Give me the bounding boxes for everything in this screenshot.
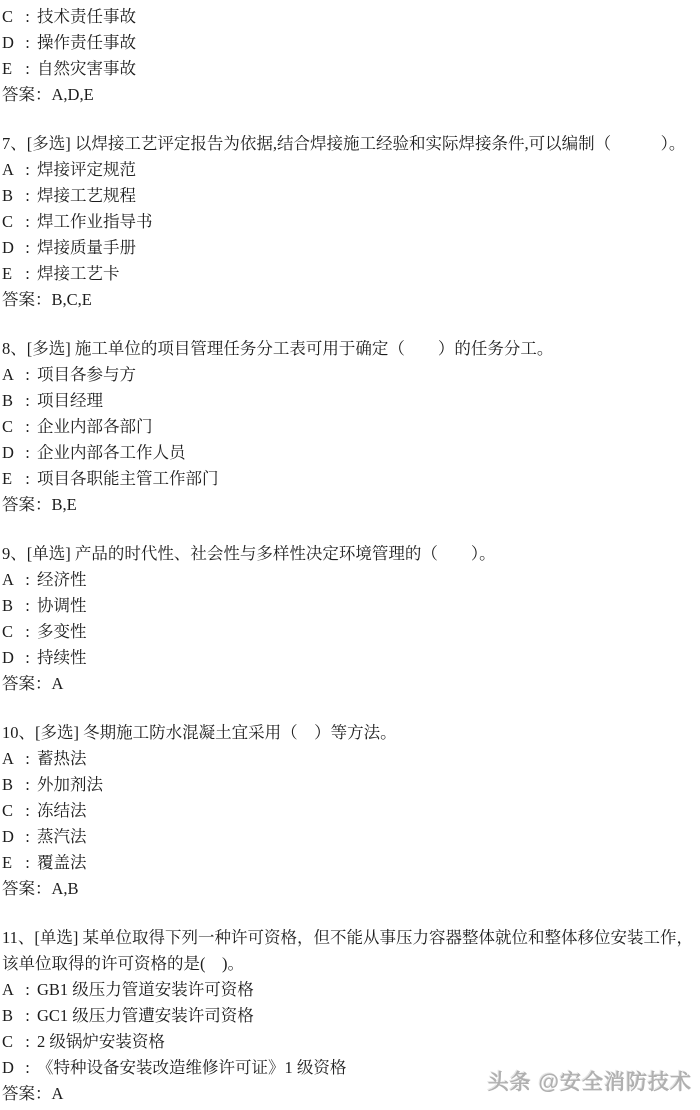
- question-10: 10、[多选] 冬期施工防水混凝土宜采用（ ）等方法。 A:蓄热法 B:外加剂法…: [2, 720, 698, 902]
- question-header: 10、[多选] 冬期施工防水混凝土宜采用（ ）等方法。: [2, 720, 698, 746]
- option-line: A:经济性: [2, 567, 698, 593]
- option-letter: C: [2, 209, 18, 235]
- option-text: 焊接评定规范: [37, 157, 698, 183]
- option-separator: :: [18, 414, 37, 440]
- answer-line: 答案：A,D,E: [2, 82, 698, 108]
- option-separator: :: [18, 593, 37, 619]
- option-letter: D: [2, 645, 18, 671]
- answer-line: 答案：B,E: [2, 492, 698, 518]
- option-separator: :: [18, 157, 37, 183]
- option-letter: C: [2, 798, 18, 824]
- question-header: 7、[多选] 以焊接工艺评定报告为依据,结合焊接施工经验和实际焊接条件,可以编制…: [2, 131, 698, 157]
- option-letter: A: [2, 977, 18, 1003]
- question-6-tail: C:技术责任事故 D:操作责任事故 E:自然灾害事故 答案：A,D,E: [2, 4, 698, 108]
- option-text: 蒸汽法: [37, 824, 698, 850]
- option-line: E:焊接工艺卡: [2, 261, 698, 287]
- option-letter: A: [2, 746, 18, 772]
- option-letter: A: [2, 567, 18, 593]
- watermark-toutiao: 头条 @安全消防技术: [488, 1066, 692, 1096]
- option-line: A:蓄热法: [2, 746, 698, 772]
- option-letter: B: [2, 183, 18, 209]
- option-letter: C: [2, 1029, 18, 1055]
- option-separator: :: [18, 1055, 37, 1081]
- option-separator: :: [18, 798, 37, 824]
- option-line: C:冻结法: [2, 798, 698, 824]
- option-separator: :: [18, 619, 37, 645]
- option-separator: :: [18, 645, 37, 671]
- answer-line: 答案：A,B: [2, 876, 698, 902]
- option-line: A:GB1 级压力管道安装许可资格: [2, 977, 698, 1003]
- option-letter: B: [2, 772, 18, 798]
- option-text: 企业内部各部门: [37, 414, 698, 440]
- option-text: GB1 级压力管道安装许可资格: [37, 977, 698, 1003]
- option-separator: :: [18, 746, 37, 772]
- option-letter: C: [2, 414, 18, 440]
- option-line: D:操作责任事故: [2, 30, 698, 56]
- option-text: 经济性: [37, 567, 698, 593]
- option-separator: :: [18, 4, 37, 30]
- option-separator: :: [18, 388, 37, 414]
- option-line: C:焊工作业指导书: [2, 209, 698, 235]
- option-line: E:自然灾害事故: [2, 56, 698, 82]
- option-line: C:企业内部各部门: [2, 414, 698, 440]
- option-line: D:持续性: [2, 645, 698, 671]
- option-letter: E: [2, 261, 18, 287]
- question-7: 7、[多选] 以焊接工艺评定报告为依据,结合焊接施工经验和实际焊接条件,可以编制…: [2, 131, 698, 313]
- option-separator: :: [18, 183, 37, 209]
- option-text: 企业内部各工作人员: [37, 440, 698, 466]
- option-line: C:多变性: [2, 619, 698, 645]
- option-line: C:技术责任事故: [2, 4, 698, 30]
- option-text: 蓄热法: [37, 746, 698, 772]
- option-line: D:焊接质量手册: [2, 235, 698, 261]
- option-text: 焊工作业指导书: [37, 209, 698, 235]
- option-separator: :: [18, 56, 37, 82]
- option-separator: :: [18, 440, 37, 466]
- option-letter: A: [2, 157, 18, 183]
- option-letter: D: [2, 440, 18, 466]
- option-line: B:外加剂法: [2, 772, 698, 798]
- option-text: 覆盖法: [37, 850, 698, 876]
- option-letter: D: [2, 30, 18, 56]
- option-line: D:企业内部各工作人员: [2, 440, 698, 466]
- option-line: A:焊接评定规范: [2, 157, 698, 183]
- option-separator: :: [18, 567, 37, 593]
- option-text: 2 级锅炉安装资格: [37, 1029, 698, 1055]
- option-text: 焊接质量手册: [37, 235, 698, 261]
- option-text: 多变性: [37, 619, 698, 645]
- option-text: 项目经理: [37, 388, 698, 414]
- option-separator: :: [18, 235, 37, 261]
- option-letter: B: [2, 1003, 18, 1029]
- option-text: 项目各职能主管工作部门: [37, 466, 698, 492]
- option-letter: A: [2, 362, 18, 388]
- option-text: 项目各参与方: [37, 362, 698, 388]
- option-text: 持续性: [37, 645, 698, 671]
- option-line: A:项目各参与方: [2, 362, 698, 388]
- option-letter: D: [2, 824, 18, 850]
- exam-document: C:技术责任事故 D:操作责任事故 E:自然灾害事故 答案：A,D,E 7、[多…: [0, 0, 700, 1107]
- option-separator: :: [18, 850, 37, 876]
- option-text: 焊接工艺卡: [37, 261, 698, 287]
- option-letter: E: [2, 56, 18, 82]
- option-text: 技术责任事故: [37, 4, 698, 30]
- option-text: 外加剂法: [37, 772, 698, 798]
- option-separator: :: [18, 1029, 37, 1055]
- option-separator: :: [18, 209, 37, 235]
- question-header: 8、[多选] 施工单位的项目管理任务分工表可用于确定（ ）的任务分工。: [2, 336, 698, 362]
- option-letter: D: [2, 1055, 18, 1081]
- option-separator: :: [18, 1003, 37, 1029]
- option-letter: C: [2, 619, 18, 645]
- option-line: B:协调性: [2, 593, 698, 619]
- option-separator: :: [18, 466, 37, 492]
- option-letter: B: [2, 593, 18, 619]
- question-header: 11、[单选] 某单位取得下列一种许可资格，但不能从事压力容器整体就位和整体移位…: [2, 925, 698, 977]
- option-line: E:覆盖法: [2, 850, 698, 876]
- option-text: 操作责任事故: [37, 30, 698, 56]
- option-text: 自然灾害事故: [37, 56, 698, 82]
- option-line: D:蒸汽法: [2, 824, 698, 850]
- question-9: 9、[单选] 产品的时代性、社会性与多样性决定环境管理的（ ）。 A:经济性 B…: [2, 541, 698, 697]
- option-text: 冻结法: [37, 798, 698, 824]
- option-line: B:焊接工艺规程: [2, 183, 698, 209]
- option-line: B:项目经理: [2, 388, 698, 414]
- option-line: C:2 级锅炉安装资格: [2, 1029, 698, 1055]
- answer-line: 答案：A: [2, 671, 698, 697]
- option-separator: :: [18, 824, 37, 850]
- option-letter: D: [2, 235, 18, 261]
- option-letter: E: [2, 466, 18, 492]
- option-text: 焊接工艺规程: [37, 183, 698, 209]
- option-letter: E: [2, 850, 18, 876]
- option-separator: :: [18, 30, 37, 56]
- option-letter: C: [2, 4, 18, 30]
- option-line: B:GC1 级压力管遭安装许司资格: [2, 1003, 698, 1029]
- question-8: 8、[多选] 施工单位的项目管理任务分工表可用于确定（ ）的任务分工。 A:项目…: [2, 336, 698, 518]
- option-separator: :: [18, 772, 37, 798]
- option-separator: :: [18, 261, 37, 287]
- option-text: 协调性: [37, 593, 698, 619]
- question-header: 9、[单选] 产品的时代性、社会性与多样性决定环境管理的（ ）。: [2, 541, 698, 567]
- option-line: E:项目各职能主管工作部门: [2, 466, 698, 492]
- option-letter: B: [2, 388, 18, 414]
- answer-line: 答案：B,C,E: [2, 287, 698, 313]
- option-text: GC1 级压力管遭安装许司资格: [37, 1003, 698, 1029]
- option-separator: :: [18, 362, 37, 388]
- option-separator: :: [18, 977, 37, 1003]
